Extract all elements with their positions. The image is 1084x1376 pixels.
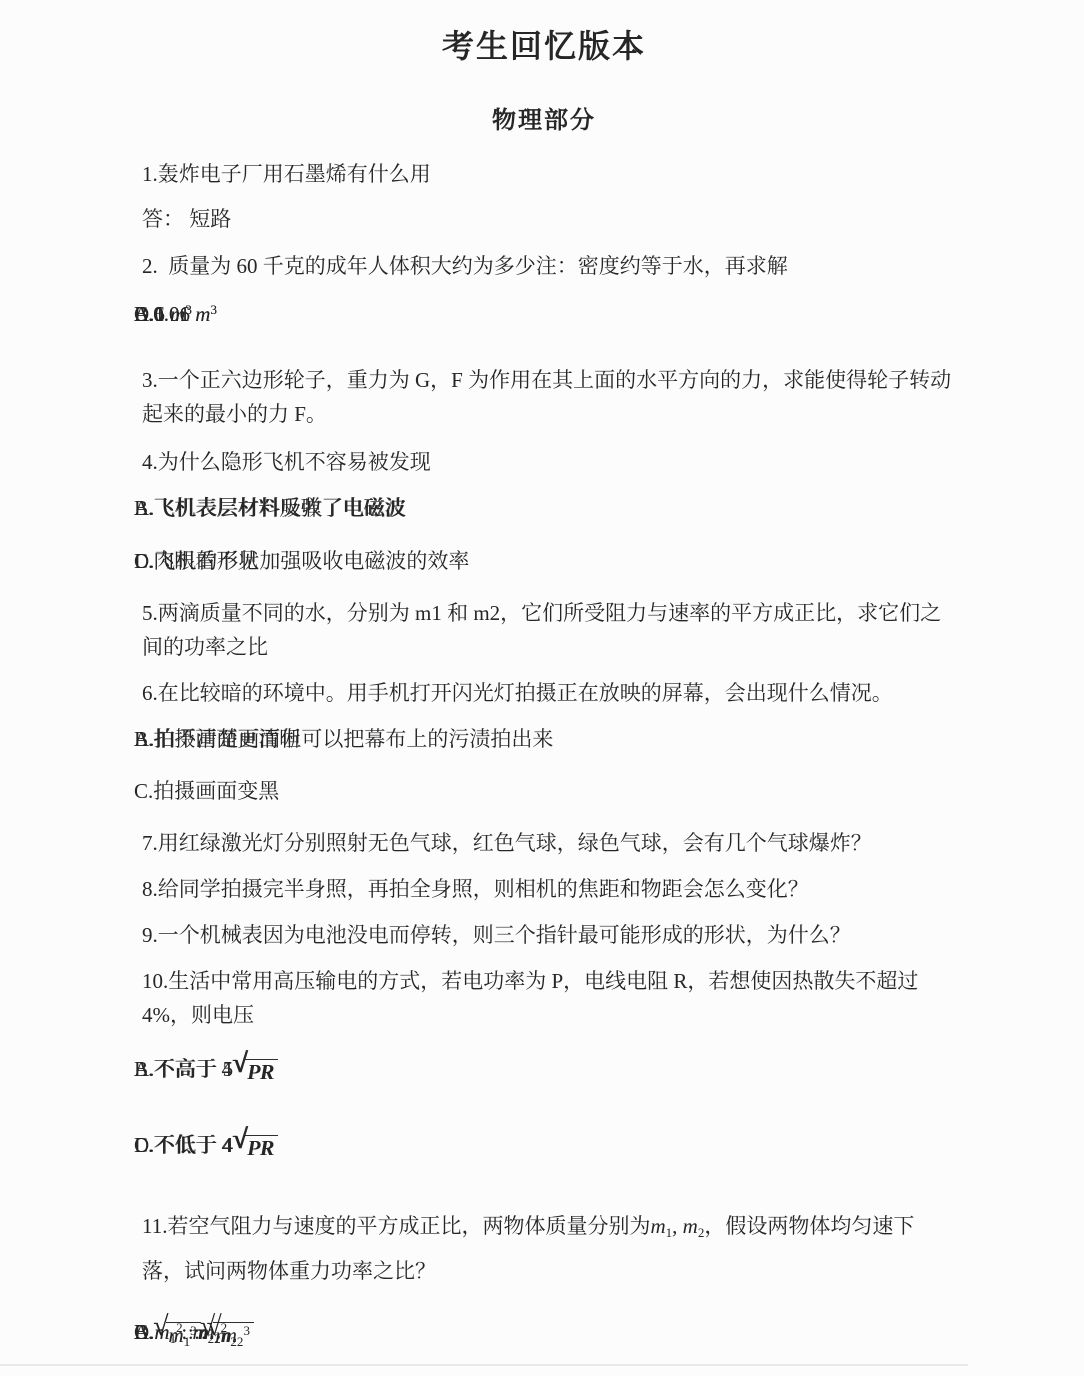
question-6-options-row-1: A.拍不清楚画面但可以把幕布上的污渍拍出来 B.拍摄画面更清晰 [134,722,964,762]
question-4: 4.为什么隐形飞机不容易被发现 [142,445,954,479]
question-8: 8.给同学拍摄完半身照，再拍全身照，则相机的焦距和物距会怎么变化？ [142,872,954,906]
section-title: 物理部分 [134,106,954,136]
question-2-option-d: D.6 m3 [134,297,192,331]
question-10: 10.生活中常用高压输电的方式，若电功率为 P，电线电阻 R，若想使因热散失不超… [142,964,954,1032]
question-10-option-b: B.不高于 4√PR [134,1046,277,1095]
question-4-option-b: B.飞机表层材料反弹了电磁波 [134,491,405,525]
question-4-options-row-2: C.肉眼看不见 D.飞机的形状加强吸收电磁波的效率 [134,544,964,584]
question-6-options-row-2: C.拍摄画面变黑 [134,774,964,814]
question-10-option-d: D.不低于 4√PR [134,1122,278,1171]
document-content: 考生回忆版本 物理部分 1.轰炸电子厂用石墨烯有什么用 答： 短路 2. 质量为… [0,0,1084,1355]
doc-title: 考生回忆版本 [134,28,954,64]
question-1: 1.轰炸电子厂用石墨烯有什么用 [142,157,954,191]
question-11-option-d: D.m12 : m22 [134,1309,227,1355]
question-3: 3.一个正六边形轮子，重力为 G，F 为作用在其上面的水平方向的力，求能使得轮子… [142,363,954,431]
question-6-option-b: B.拍摄画面更清晰 [134,722,300,756]
question-4-option-d: D.飞机的形状加强吸收电磁波的效率 [134,544,469,578]
question-9: 9.一个机械表因为电池没电而停转，则三个指针最可能形成的形状，为什么？ [142,918,954,952]
question-4-options-row-1: A.飞机表层材料吸收了电磁波 B.飞机表层材料反弹了电磁波 [134,491,964,531]
question-7: 7.用红绿激光灯分别照射无色气球，红色气球，绿色气球，会有几个气球爆炸？ [142,826,954,860]
question-10-options-row-1: A.不高于 5√PR B.不高于 4√PR [134,1046,964,1092]
page-bottom-rule [0,1364,968,1366]
question-5: 5.两滴质量不同的水，分别为 m1 和 m2，它们所受阻力与速率的平方成正比，求… [142,596,954,664]
question-1-answer: 答： 短路 [142,202,954,236]
question-6: 6.在比较暗的环境中。用手机打开闪光灯拍摄正在放映的屏幕，会出现什么情况。 [142,676,954,710]
question-2-options: A.1 m3 B.0.01 m3 C.0.06 m3 D.6 m3 [134,297,964,337]
question-6-option-c: C.拍摄画面变黑 [134,774,279,808]
question-11: 11.若空气阻力与速度的平方成正比，两物体质量分别为m1, m2，假设两物体均匀… [142,1204,954,1294]
question-11-options: A.m1 : m2 B.√m1:√m2 C.√m13:√m23 D.m12 : … [134,1309,964,1355]
document-page: 考生回忆版本 物理部分 1.轰炸电子厂用石墨烯有什么用 答： 短路 2. 质量为… [0,0,1084,1376]
question-2: 2. 质量为 60 千克的成年人体积大约为多少注：密度约等于水，再求解 [142,249,954,283]
question-10-options-row-2: C.不低于 4√PR D.不低于 4√PR [134,1122,964,1168]
